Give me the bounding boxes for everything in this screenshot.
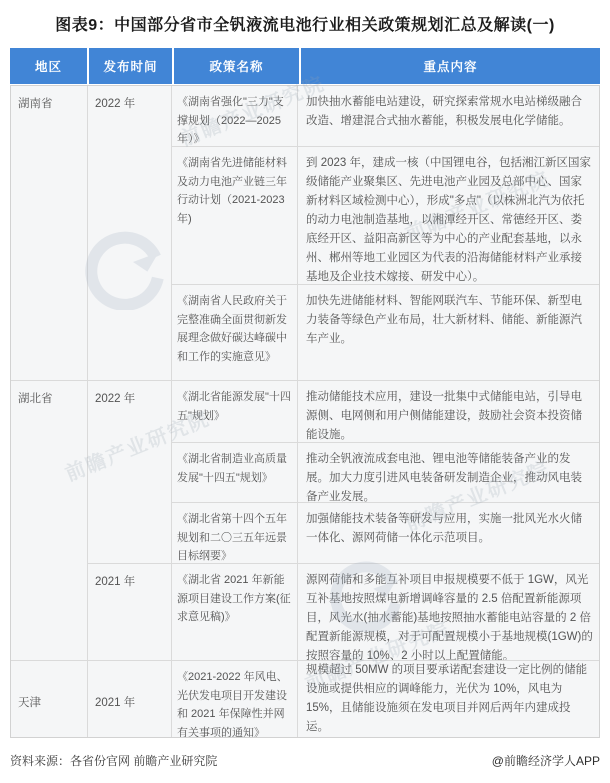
region-cell: 湖南省 [11,86,88,381]
content-cell: 推动储能技术应用，建设一批集中式储能电站，引导电源侧、电网侧和用户侧储能建设，鼓… [298,381,599,443]
page-title: 图表9：中国部分省市全钒液流电池行业相关政策规划汇总及解读(一) [0,12,610,35]
column-header-policy: 政策名称 [174,48,299,84]
content-cell: 加快先进储能材料、智能网联汽车、节能环保、新型电力装备等绿色产业布局，壮大新材料… [298,285,599,381]
region-cell: 天津 [11,661,88,737]
table-body: 湖南省 2022 年 《湖南省强化"三力"支撑规划（2022—2025 年）》 … [10,85,600,738]
policy-cell: 《湖北省能源发展"十四五"规划》 [172,381,298,443]
content-cell: 加快抽水蓄能电站建设，研究探索常规水电站梯级融合改造、增建混合式抽水蓄能，积极发… [298,86,599,147]
policy-cell: 《湖北省 2021 年新能源项目建设工作方案(征求意见稿)》 [172,564,298,661]
table-header-row: 地区 发布时间 政策名称 重点内容 [10,48,600,84]
content-cell: 规模超过 50MW 的项目要承诺配套建设一定比例的储能设施或提供相应的调峰能力，… [298,661,599,737]
content-cell: 推动全钒液流成套电池、锂电池等储能装备产业的发展。加大力度引进风电装备研发制造企… [298,443,599,503]
policy-table: 地区 发布时间 政策名称 重点内容 湖南省 2022 年 《湖南省强化"三力"支… [10,48,600,738]
source-note: 资料来源：各省份官网 前瞻产业研究院 [10,752,217,769]
column-header-date: 发布时间 [89,48,172,84]
column-header-content: 重点内容 [301,48,600,84]
policy-cell: 《湖南省先进储能材料及动力电池产业链三年行动计划（2021-2023 年) [172,147,298,285]
policy-cell: 《湖北省制造业高质量发展"十四五"规划》 [172,443,298,503]
content-cell: 到 2023 年，建成一核（中国锂电谷，包括湘江新区国家级储能产业聚集区、先进电… [298,147,599,285]
region-cell: 湖北省 [11,381,88,661]
date-cell: 2022 年 [88,86,172,381]
policy-cell: 《湖北省第十四个五年规划和二〇三五年远景目标纲要》 [172,503,298,564]
date-cell: 2022 年 [88,381,172,564]
credit-note: @前瞻经济学人APP [492,752,600,769]
content-cell: 源网荷储和多能互补项目申报规模要不低于 1GW，风光互补基地按照煤电新增调峰容量… [298,564,599,661]
date-cell: 2021 年 [88,564,172,661]
date-cell: 2021 年 [88,661,172,737]
policy-cell: 《湖南省强化"三力"支撑规划（2022—2025 年）》 [172,86,298,147]
policy-cell: 《2021-2022 年风电、光伏发电项目开发建设和 2021 年保障性并网有关… [172,661,298,737]
column-header-region: 地区 [10,48,87,84]
policy-cell: 《湖南省人民政府关于完整准确全面贯彻新发展理念做好碳达峰碳中和工作的实施意见》 [172,285,298,381]
footer: 资料来源：各省份官网 前瞻产业研究院 @前瞻经济学人APP [10,752,600,769]
content-cell: 加强储能技术装备等研发与应用，实施一批风光水火储一体化、源网荷储一体化示范项目。 [298,503,599,564]
